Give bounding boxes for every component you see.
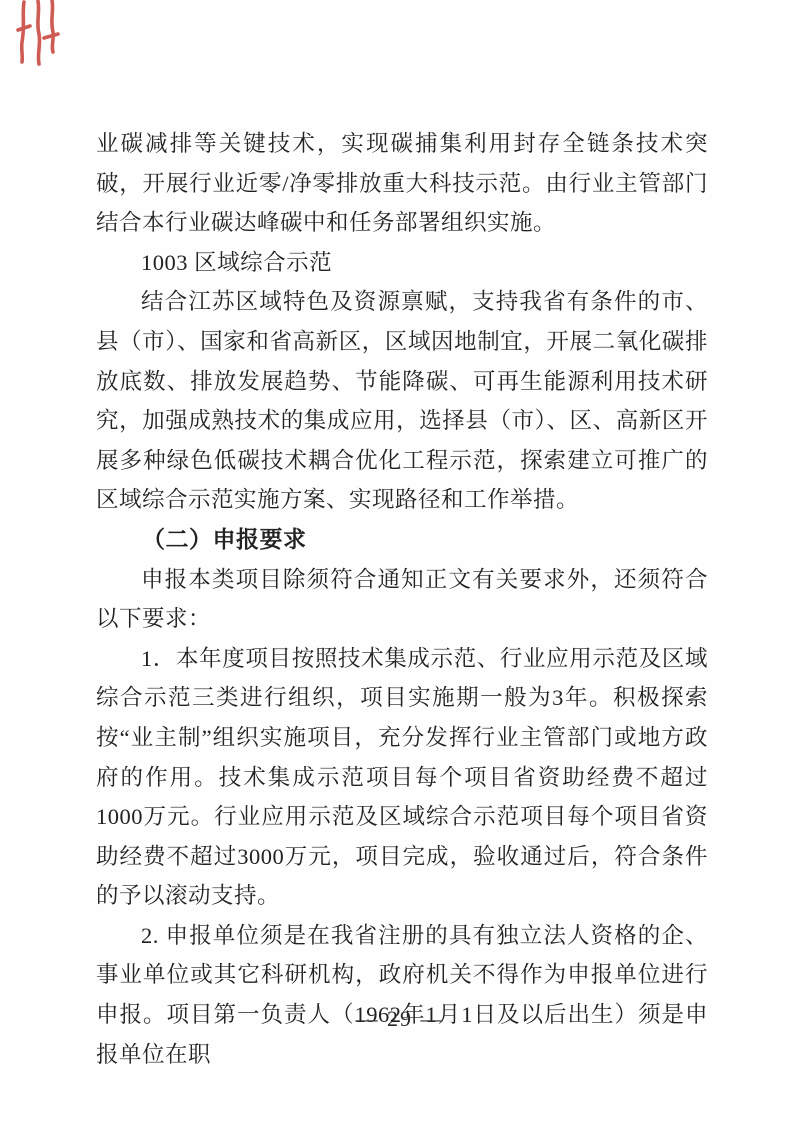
paragraph-continued-from-previous-page: 业碳减排等关键技术，实现碳捕集利用封存全链条技术突破，开展行业近零/净零排放重大… — [96, 124, 708, 243]
document-body: 业碳减排等关键技术，实现碳捕集利用封存全链条技术突破，开展行业近零/净零排放重大… — [96, 124, 708, 1074]
red-pen-strokes — [18, 0, 58, 64]
paragraph-requirements-intro: 申报本类项目除须符合通知正文有关要求外，还须符合以下要求： — [96, 560, 708, 639]
red-pen-marks — [14, 0, 76, 78]
paragraph-requirement-2: 2. 申报单位须是在我省注册的具有独立法人资格的企、事业单位或其它科研机构，政府… — [96, 916, 708, 1074]
document-page: 业碳减排等关键技术，实现碳捕集利用封存全链条技术突破，开展行业近零/净零排放重大… — [0, 0, 800, 1131]
section-heading-application-requirements: （二）申报要求 — [96, 520, 708, 560]
section-heading-1003-regional-demonstration: 1003 区域综合示范 — [96, 243, 708, 283]
paragraph-requirement-1: 1．本年度项目按照技术集成示范、行业应用示范及区域综合示范三类进行组织，项目实施… — [96, 639, 708, 916]
paragraph-regional-demonstration-detail: 结合江苏区域特色及资源禀赋，支持我省有条件的市、县（市）、国家和省高新区，区域因… — [96, 282, 708, 520]
page-number: — 29 — — [0, 1002, 800, 1036]
